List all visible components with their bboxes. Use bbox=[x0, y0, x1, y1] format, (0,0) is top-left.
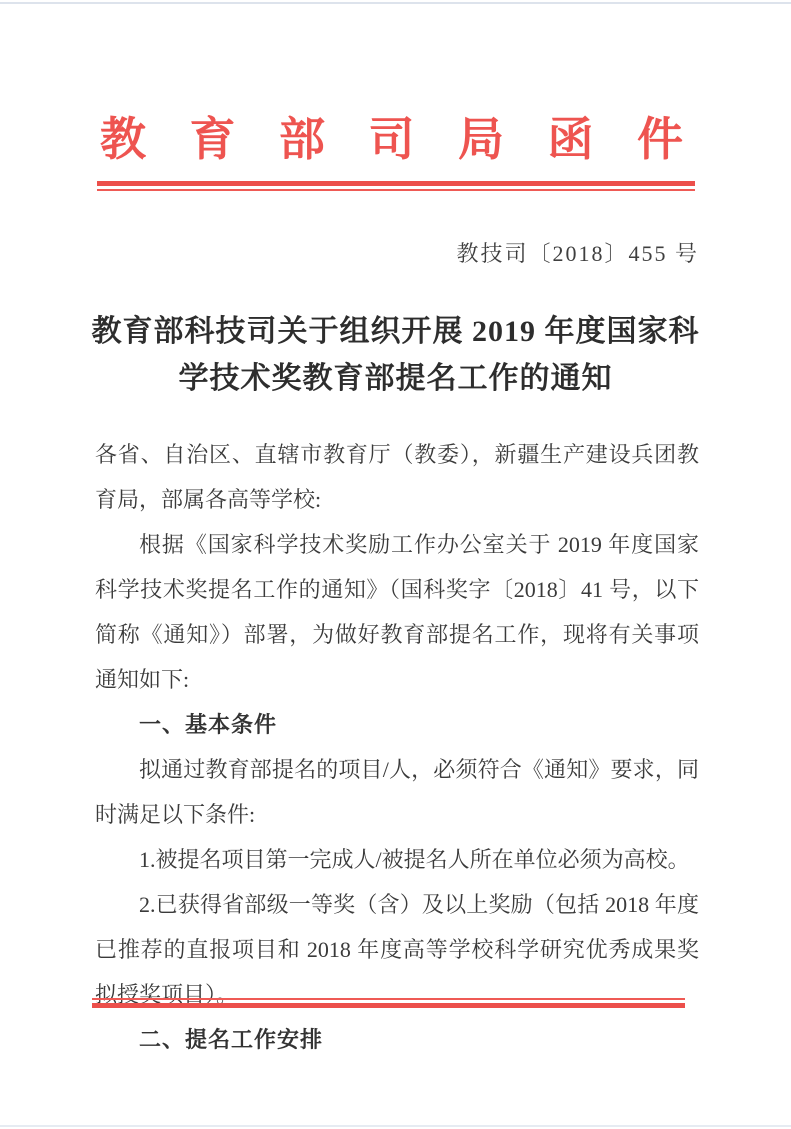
scan-edge-top bbox=[0, 2, 791, 4]
footer-divider bbox=[92, 998, 685, 1008]
section-heading-2: 二、提名工作安排 bbox=[95, 1017, 699, 1062]
condition-item-1: 1.被提名项目第一完成人/被提名人所在单位必须为高校。 bbox=[95, 837, 699, 882]
intro-paragraph: 根据《国家科学技术奖励工作办公室关于 2019 年度国家科学技术奖提名工作的通知… bbox=[95, 522, 699, 702]
document-title-line1: 教育部科技司关于组织开展 2019 年度国家科 bbox=[92, 315, 700, 348]
document-page: 教 育 部 司 局 函 件 教技司〔2018〕455 号 教育部科技司关于组织开… bbox=[0, 0, 791, 1129]
document-title: 教育部科技司关于组织开展 2019 年度国家科 学技术奖教育部提名工作的通知 bbox=[76, 308, 716, 402]
letterhead-divider bbox=[97, 181, 695, 191]
salutation-paragraph: 各省、自治区、直辖市教育厅（教委），新疆生产建设兵团教育局，部属各高等学校: bbox=[95, 432, 699, 522]
scan-edge-bottom bbox=[0, 1125, 791, 1127]
section1-paragraph: 拟通过教育部提名的项目/人，必须符合《通知》要求，同时满足以下条件: bbox=[95, 747, 699, 837]
condition-item-2: 2.已获得省部级一等奖（含）及以上奖励（包括 2018 年度已推荐的直报项目和 … bbox=[95, 882, 699, 1017]
letterhead-divider-thin-line bbox=[97, 189, 695, 191]
letterhead-title: 教 育 部 司 局 函 件 bbox=[0, 0, 791, 167]
section-heading-1: 一、基本条件 bbox=[95, 702, 699, 747]
document-body: 各省、自治区、直辖市教育厅（教委），新疆生产建设兵团教育局，部属各高等学校: 根… bbox=[95, 432, 699, 1062]
document-title-line2: 学技术奖教育部提名工作的通知 bbox=[179, 362, 613, 395]
document-number: 教技司〔2018〕455 号 bbox=[0, 237, 791, 268]
footer-divider-thick-line bbox=[92, 1003, 685, 1008]
